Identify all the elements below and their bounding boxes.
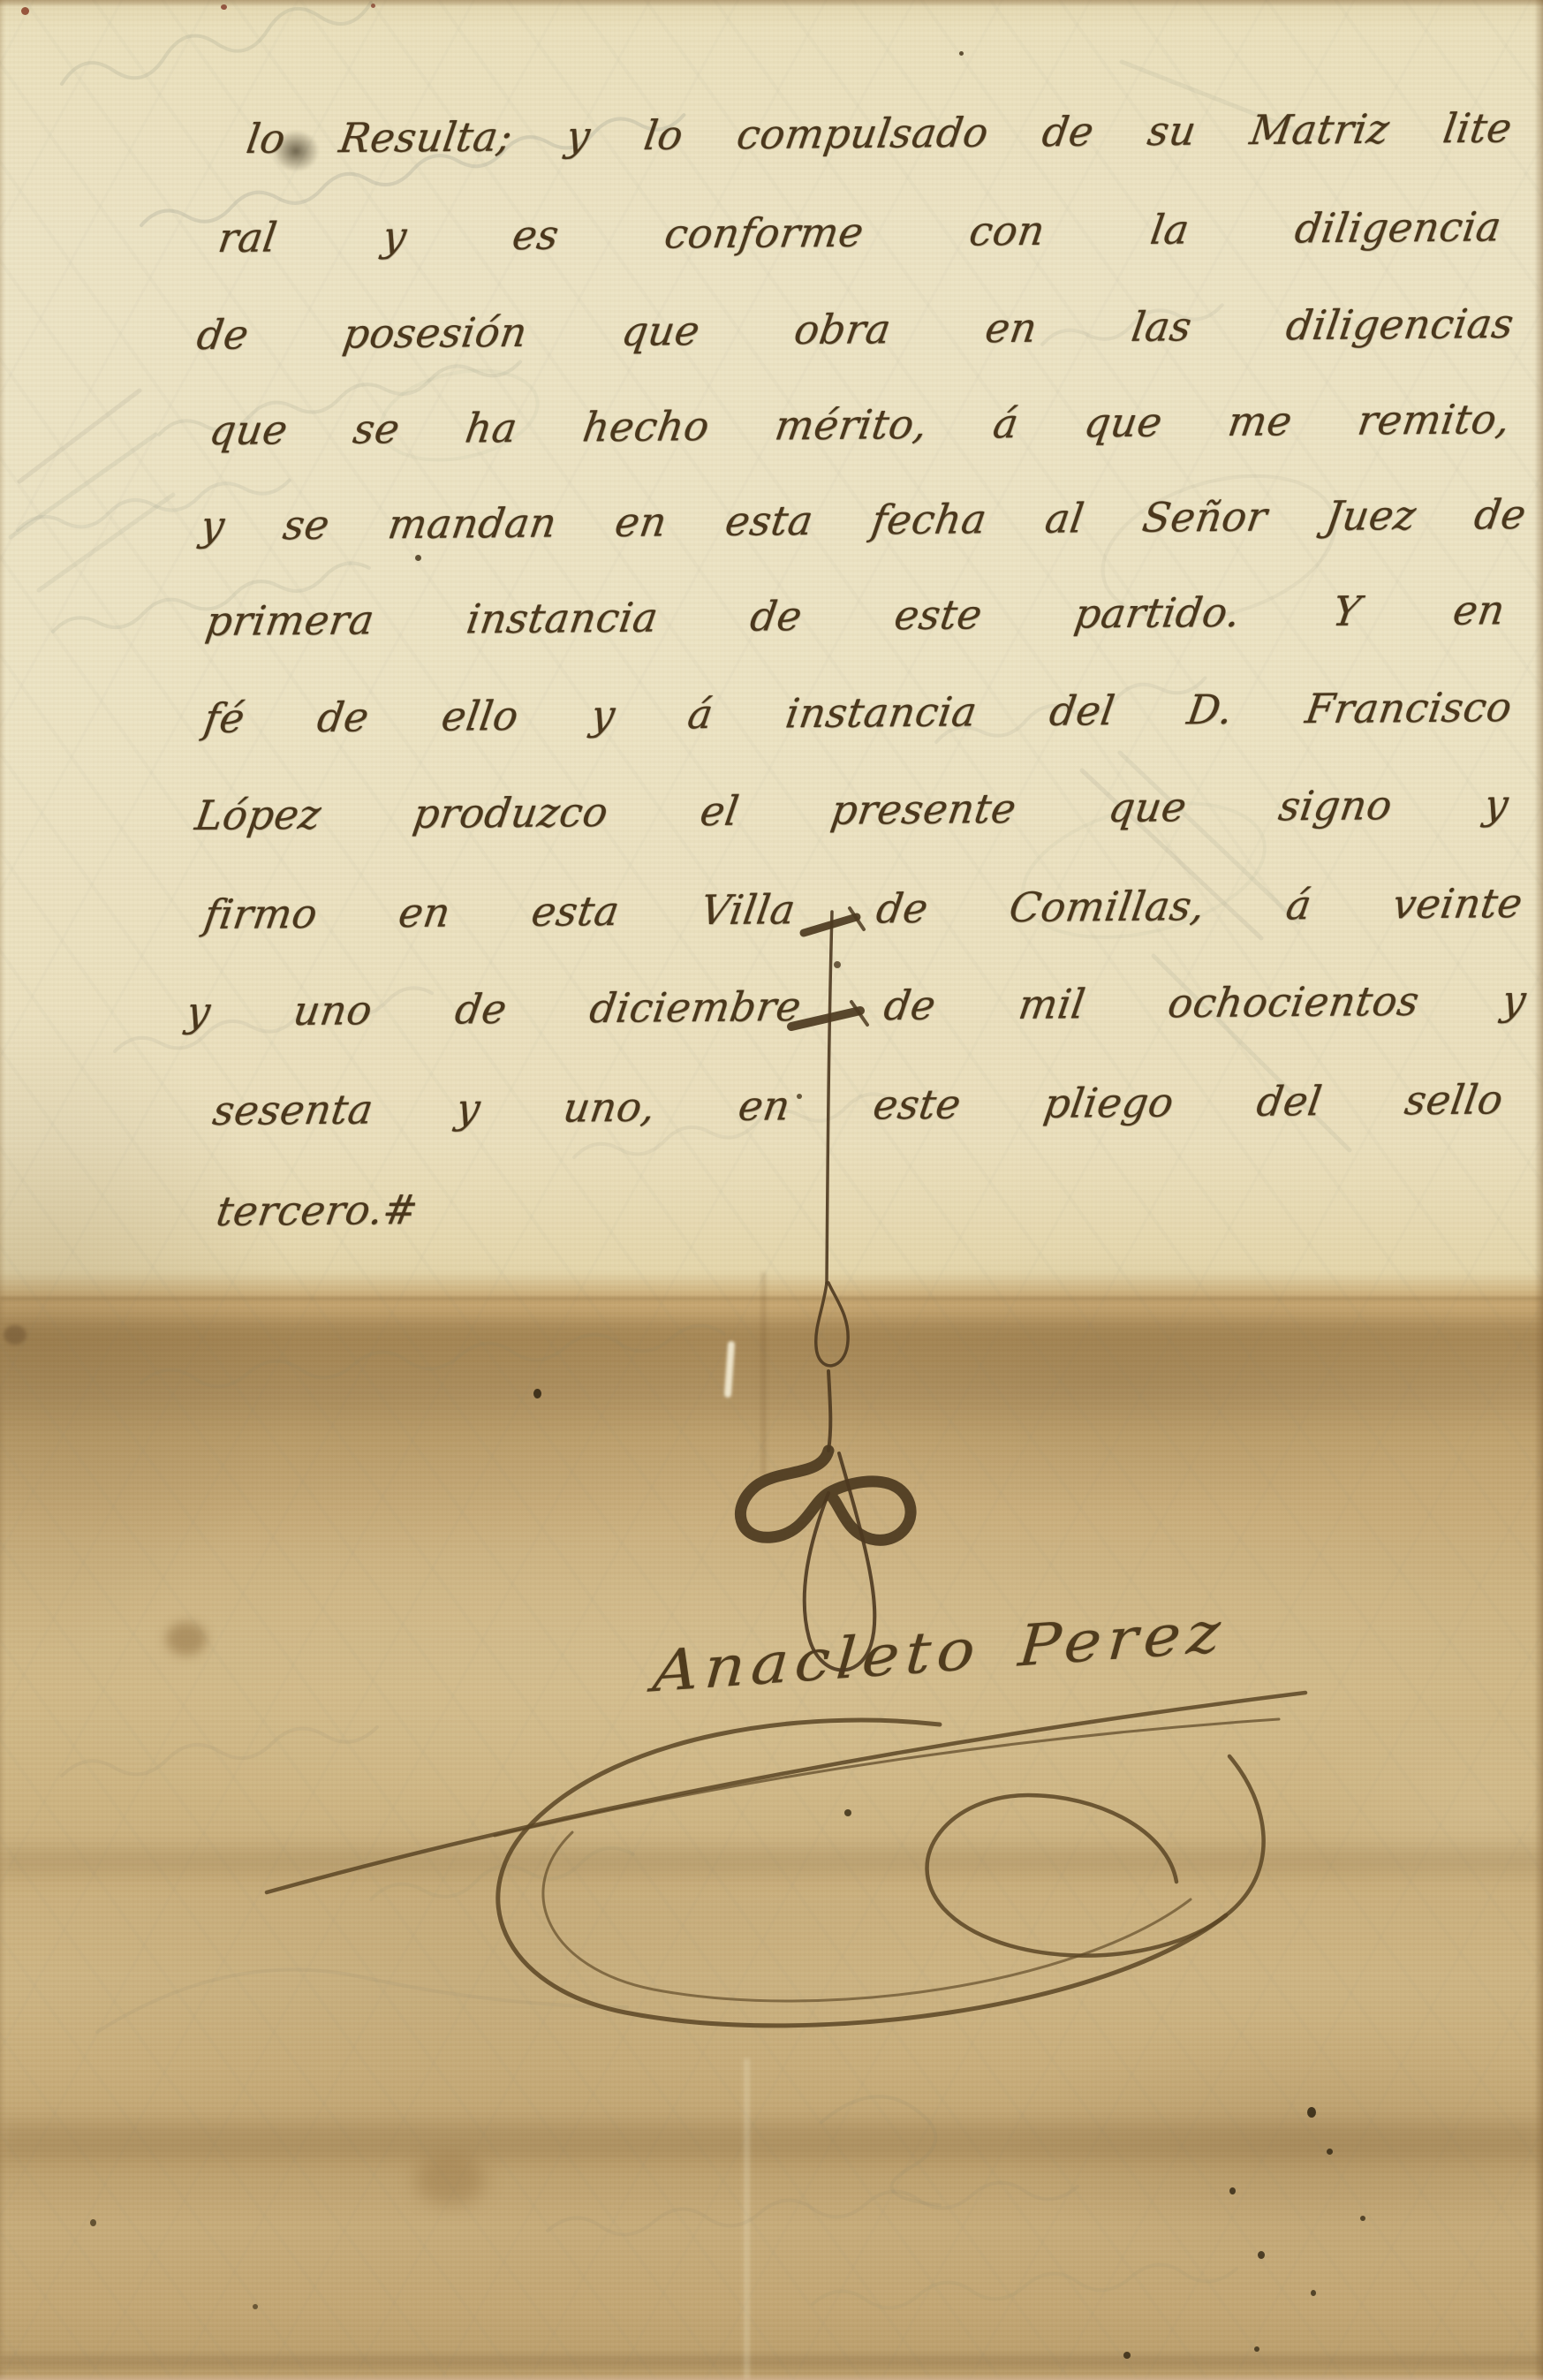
paper-stain (415, 2156, 486, 2205)
manuscript-line-7: fé de ello y á instancia del D. Francisc… (200, 681, 1516, 746)
ink-speck (371, 4, 375, 8)
ink-speck (415, 555, 421, 561)
paper-scratch (724, 1341, 735, 1398)
manuscript-line-2: ral y es conforme con la diligencia (215, 201, 1505, 265)
manuscript-line-4: que se ha hecho mérito, á que me remito, (206, 393, 1514, 458)
manuscript-line-12: tercero.# (213, 1184, 421, 1239)
ink-speck (844, 1809, 851, 1816)
page-right-edge (1534, 0, 1543, 2380)
manuscript-line-11: sesenta y uno, en este pliego del sello (209, 1073, 1507, 1138)
ink-speck (21, 7, 29, 15)
ink-speck (221, 4, 227, 10)
manuscript-line-5: y se mandan en esta fecha al Señor Juez … (197, 489, 1530, 553)
signature-rubric-flourish (267, 1693, 1305, 2026)
ink-speck (533, 1389, 541, 1398)
fold-shadow-band (0, 2355, 1543, 2368)
manuscript-page: lo Resulta; y lo compulsado de su Matriz… (0, 0, 1543, 2380)
manuscript-line-10: y uno de diciembre de mil ochocientos y (183, 974, 1530, 1039)
fold-shadow-band (0, 1848, 1543, 1875)
ink-speck (1254, 2346, 1259, 2352)
ink-speck (1327, 2149, 1333, 2155)
ink-speck (1258, 2251, 1265, 2259)
manuscript-line-9: firmo en esta Villa de Comillas, á veint… (200, 877, 1526, 942)
page-top-edge (0, 0, 1543, 7)
paper-stain (4, 1325, 26, 1345)
ink-speck (959, 51, 964, 56)
manuscript-line-1: lo Resulta; y lo compulsado de su Matriz… (243, 102, 1516, 166)
vertical-crease (761, 1272, 766, 1475)
ink-speck (90, 2219, 96, 2226)
ink-speck (1311, 2290, 1316, 2296)
ink-speck (253, 2304, 258, 2309)
fold-shadow-band (0, 1297, 1543, 1300)
page-bottom-edge (0, 2374, 1543, 2380)
ink-speck (1123, 2352, 1131, 2359)
ink-speck (1360, 2216, 1365, 2221)
manuscript-line-3: de posesión que obra en las diligencias (193, 298, 1517, 362)
signature-name: Anacleto Perez (651, 1600, 1229, 1706)
ink-speck (1307, 2107, 1316, 2118)
page-left-edge (0, 0, 5, 2380)
fold-shadow-band (0, 2122, 1543, 2157)
stain-band (0, 1321, 1543, 1427)
paper-stain (166, 1622, 207, 1656)
vertical-crease (744, 2058, 750, 2380)
manuscript-line-6: primera instancia de este partido. Y en (202, 584, 1509, 648)
ink-speck (1229, 2187, 1236, 2194)
manuscript-line-8: López produzco el presente que signo y (192, 778, 1512, 843)
